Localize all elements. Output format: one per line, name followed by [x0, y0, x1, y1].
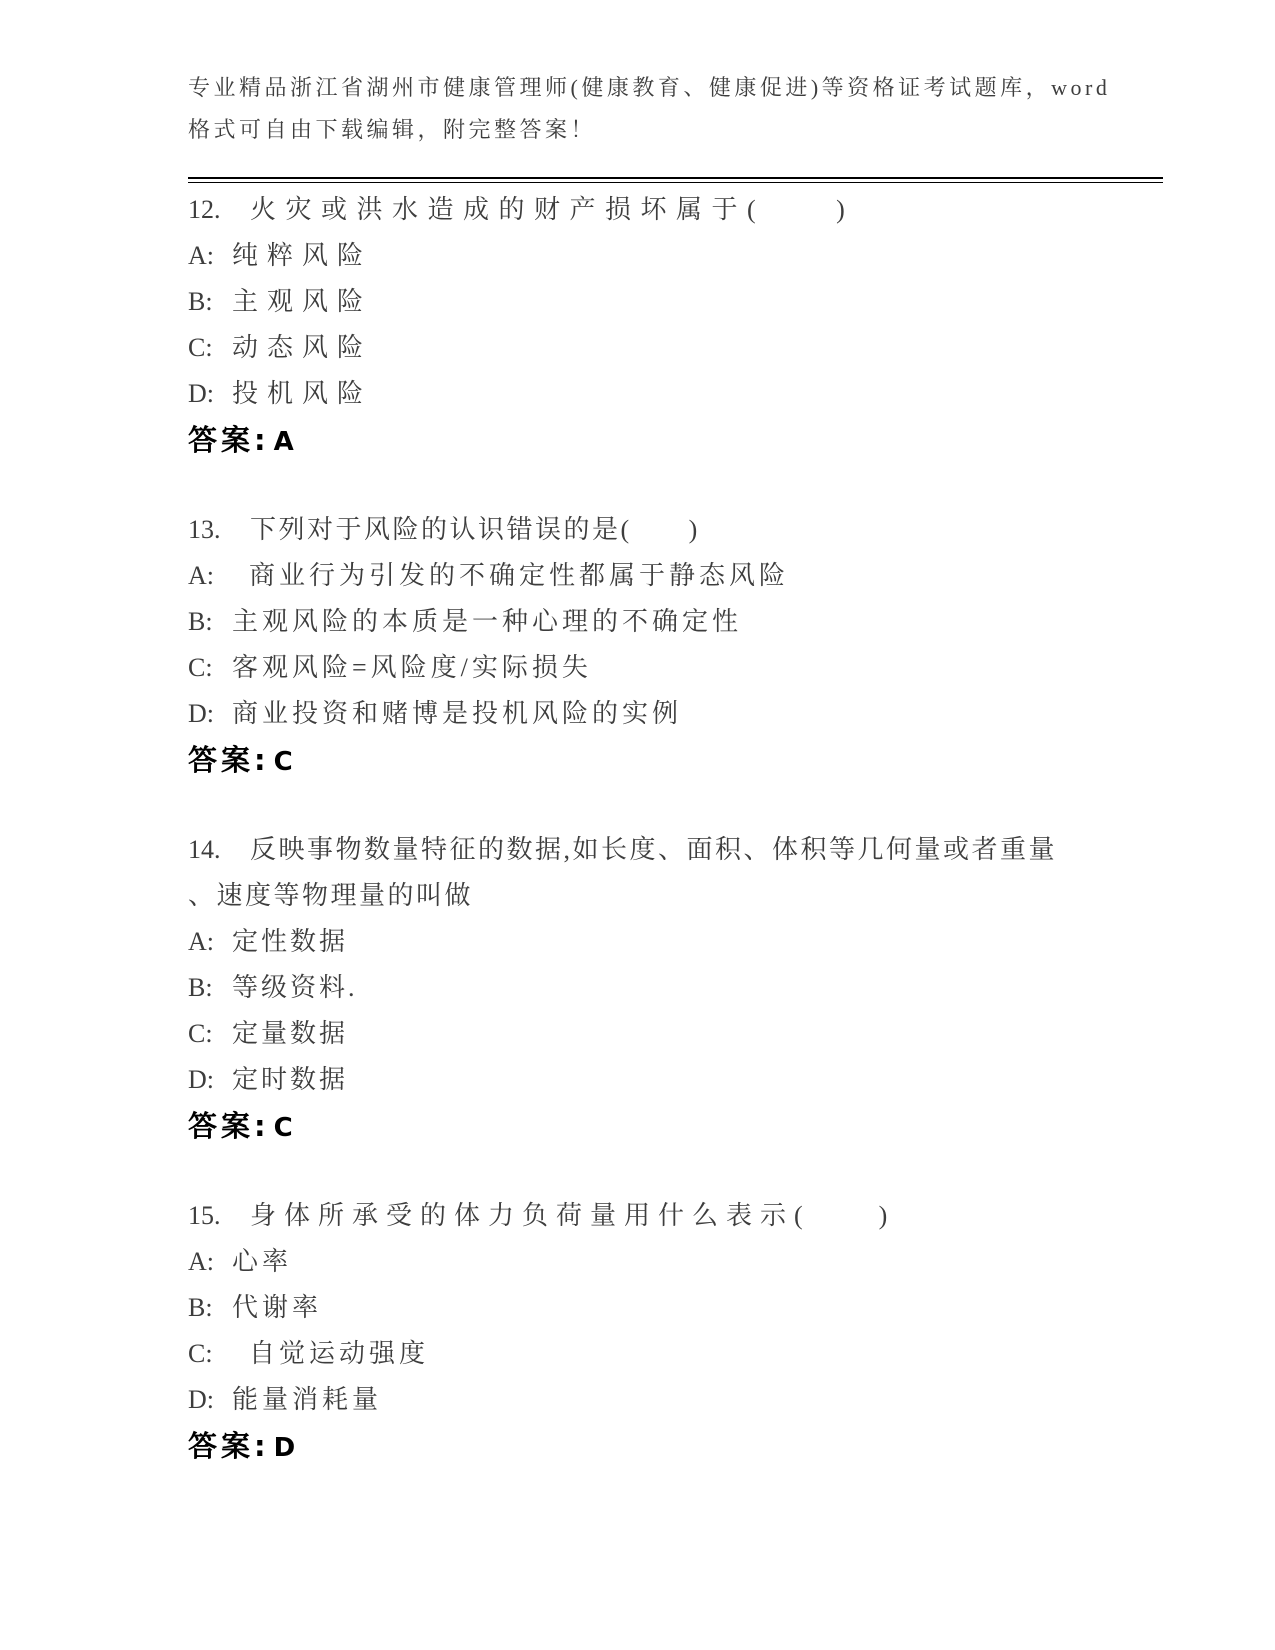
- answer-row: 答案:D: [188, 1423, 1163, 1469]
- question-list: 12.火灾或洪水造成的财产损坏属于( ) A:纯粹风险 B:主观风险 C:动态风…: [188, 187, 1163, 1469]
- option-d: D:投机风险: [188, 371, 1163, 417]
- option-a: A:定性数据: [188, 919, 1163, 965]
- option-text: 定量数据: [232, 1019, 348, 1048]
- option-text: 心率: [232, 1247, 292, 1276]
- option-text: 纯粹风险: [232, 241, 372, 270]
- option-text: 客观风险=风险度/实际损失: [232, 653, 592, 682]
- option-text: 等级资料.: [232, 973, 358, 1002]
- option-label: A:: [188, 1239, 232, 1285]
- option-b: B:主观风险的本质是一种心理的不确定性: [188, 599, 1163, 645]
- option-label: A:: [188, 919, 232, 965]
- header-divider: [188, 177, 1163, 183]
- question-14: 14.反映事物数量特征的数据,如长度、面积、体积等几何量或者重量 、速度等物理量…: [188, 827, 1163, 1149]
- question-number: 14.: [188, 827, 250, 873]
- question-13: 13.下列对于风险的认识错误的是( ) A: 商业行为引发的不确定性都属于静态风…: [188, 507, 1163, 783]
- option-label: C:: [188, 1011, 232, 1057]
- option-c: C:定量数据: [188, 1011, 1163, 1057]
- answer-label: 答案:: [188, 423, 270, 457]
- option-label: B:: [188, 599, 232, 645]
- option-text: 定时数据: [232, 1065, 348, 1094]
- question-title-text: 、速度等物理量的叫做: [188, 881, 473, 910]
- document-page: 专业精品浙江省湖州市健康管理师(健康教育、健康促进)等资格证考试题库，word …: [0, 0, 1275, 1650]
- question-number: 13.: [188, 507, 250, 553]
- option-c: C: 自觉运动强度: [188, 1331, 1163, 1377]
- option-b: B:主观风险: [188, 279, 1163, 325]
- question-title-text: 火灾或洪水造成的财产损坏属于( ): [250, 195, 854, 224]
- answer-value: D: [274, 1433, 296, 1463]
- option-label: D:: [188, 1057, 232, 1103]
- answer-row: 答案:C: [188, 1103, 1163, 1149]
- option-d: D:能量消耗量: [188, 1377, 1163, 1423]
- answer-label: 答案:: [188, 743, 270, 777]
- option-a: A:纯粹风险: [188, 233, 1163, 279]
- option-label: C:: [188, 645, 232, 691]
- option-label: D:: [188, 371, 232, 417]
- header-line-1: 专业精品浙江省湖州市健康管理师(健康教育、健康促进)等资格证考试题库，word: [188, 67, 1163, 109]
- answer-value: A: [274, 427, 294, 457]
- option-c: C:动态风险: [188, 325, 1163, 371]
- option-a: A: 商业行为引发的不确定性都属于静态风险: [188, 553, 1163, 599]
- question-number: 15.: [188, 1193, 250, 1239]
- option-label: B:: [188, 279, 232, 325]
- option-label: B:: [188, 965, 232, 1011]
- option-label: A:: [188, 553, 232, 599]
- question-title: 14.反映事物数量特征的数据,如长度、面积、体积等几何量或者重量: [188, 827, 1163, 873]
- question-title: 12.火灾或洪水造成的财产损坏属于( ): [188, 187, 1163, 233]
- option-text: 能量消耗量: [232, 1385, 382, 1414]
- question-title: 15.身体所承受的体力负荷量用什么表示( ): [188, 1193, 1163, 1239]
- option-b: B:代谢率: [188, 1285, 1163, 1331]
- option-text: 代谢率: [232, 1293, 322, 1322]
- question-title-text: 反映事物数量特征的数据,如长度、面积、体积等几何量或者重量: [250, 835, 1057, 864]
- answer-label: 答案:: [188, 1429, 270, 1463]
- option-label: B:: [188, 1285, 232, 1331]
- option-text: 商业投资和赌博是投机风险的实例: [232, 699, 682, 728]
- option-d: D:定时数据: [188, 1057, 1163, 1103]
- answer-value: C: [274, 1113, 293, 1143]
- option-label: C:: [188, 1331, 232, 1377]
- answer-row: 答案:C: [188, 737, 1163, 783]
- option-label: A:: [188, 233, 232, 279]
- option-label: D:: [188, 691, 232, 737]
- header-line-2: 格式可自由下载编辑，附完整答案！: [188, 109, 1163, 151]
- question-title-text: 下列对于风险的认识错误的是( ): [250, 515, 700, 544]
- question-title-text: 身体所承受的体力负荷量用什么表示( ): [250, 1201, 895, 1230]
- option-text: 商业行为引发的不确定性都属于静态风险: [232, 561, 789, 590]
- option-text: 自觉运动强度: [232, 1339, 429, 1368]
- option-text: 定性数据: [232, 927, 348, 956]
- option-label: D:: [188, 1377, 232, 1423]
- option-b: B:等级资料.: [188, 965, 1163, 1011]
- question-15: 15.身体所承受的体力负荷量用什么表示( ) A:心率 B:代谢率 C: 自觉运…: [188, 1193, 1163, 1469]
- option-c: C:客观风险=风险度/实际损失: [188, 645, 1163, 691]
- option-d: D:商业投资和赌博是投机风险的实例: [188, 691, 1163, 737]
- option-text: 主观风险的本质是一种心理的不确定性: [232, 607, 742, 636]
- question-title-line-2: 、速度等物理量的叫做: [188, 873, 1163, 919]
- answer-label: 答案:: [188, 1109, 270, 1143]
- option-a: A:心率: [188, 1239, 1163, 1285]
- option-text: 投机风险: [232, 379, 372, 408]
- question-number: 12.: [188, 187, 250, 233]
- option-text: 主观风险: [232, 287, 372, 316]
- question-title: 13.下列对于风险的认识错误的是( ): [188, 507, 1163, 553]
- answer-value: C: [274, 747, 293, 777]
- option-text: 动态风险: [232, 333, 372, 362]
- option-label: C:: [188, 325, 232, 371]
- answer-row: 答案:A: [188, 417, 1163, 463]
- document-header: 专业精品浙江省湖州市健康管理师(健康教育、健康促进)等资格证考试题库，word …: [188, 67, 1163, 151]
- question-12: 12.火灾或洪水造成的财产损坏属于( ) A:纯粹风险 B:主观风险 C:动态风…: [188, 187, 1163, 463]
